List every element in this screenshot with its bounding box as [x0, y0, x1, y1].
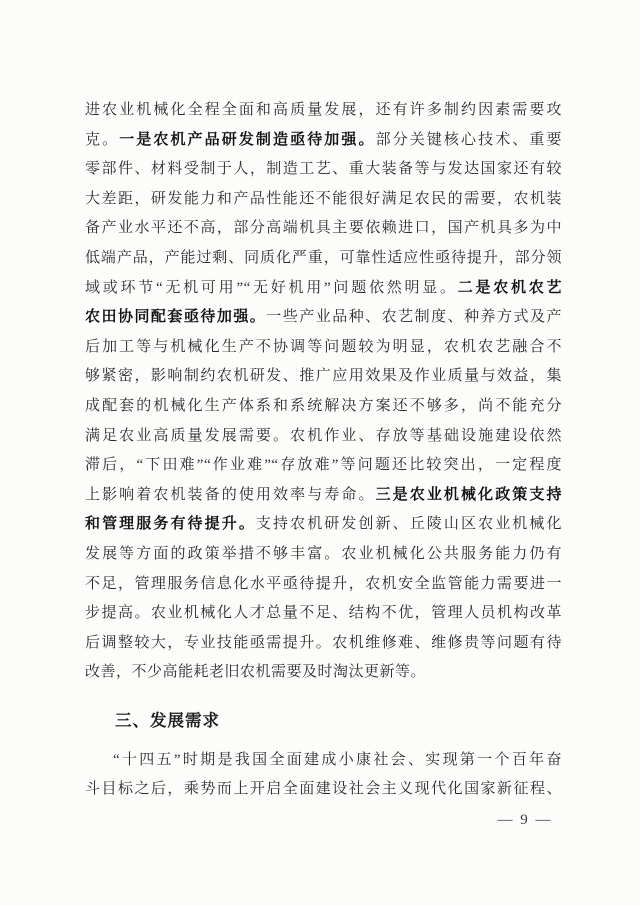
text-line: 不足，管理服务信息化水平亟待提升，农机安全监管能力需要进一	[85, 570, 562, 600]
text-segment: 满足农业高质量发展需要。农机作业、存放等基础设施建设依然	[85, 428, 562, 444]
text-segment: 域或环节“无机可用”“无好机用”问题依然明显。	[85, 280, 458, 296]
text-segment: 斗目标之后，乘势而上开启全面建设社会主义现代化国家新征程、	[85, 781, 562, 797]
section-heading: 三、发展需求	[115, 706, 562, 736]
text-segment: 大差距，研发能力和产品性能还不能很好满足农民的需要，农机装	[85, 191, 562, 207]
text-segment: 克。	[85, 132, 119, 148]
text-line: 低端产品，产能过剩、同质化严重，可靠性适应性亟待提升，部分领	[85, 244, 562, 274]
text-line: 大差距，研发能力和产品性能还不能很好满足农民的需要，农机装	[85, 185, 562, 215]
text-segment: 步提高。农业机械化人才总量不足、结构不优，管理人员机构改革	[85, 605, 562, 621]
bold-text-segment: 一是农机产品研发制造亟待加强。	[119, 132, 375, 148]
bold-text-segment: 农田协同配套亟待加强。	[85, 309, 266, 325]
text-segment: 上影响着农机装备的使用效率与寿命。	[85, 487, 376, 503]
text-line: 农田协同配套亟待加强。一些产业品种、农艺制度、种养方式及产	[85, 303, 562, 333]
text-line: 斗目标之后，乘势而上开启全面建设社会主义现代化国家新征程、	[85, 775, 562, 805]
text-segment: 改善，不少高能耗老旧农机需要及时淘汰更新等。	[85, 664, 426, 680]
bold-text-segment: 三是农业机械化政策支持	[376, 487, 562, 503]
body-text: 进农业机械化全程全面和高质量发展，还有许多制约因素需要攻克。一是农机产品研发制造…	[85, 96, 562, 805]
text-line: 上影响着农机装备的使用效率与寿命。三是农业机械化政策支持	[85, 481, 562, 511]
text-segment: 低端产品，产能过剩、同质化严重，可靠性适应性亟待提升，部分领	[85, 250, 562, 266]
text-line: 步提高。农业机械化人才总量不足、结构不优，管理人员机构改革	[85, 599, 562, 629]
text-segment: 一些产业品种、农艺制度、种养方式及产	[266, 309, 562, 325]
text-line: 发展等方面的政策举措不够丰富。农业机械化公共服务能力仍有	[85, 540, 562, 570]
text-line: 克。一是农机产品研发制造亟待加强。部分关键核心技术、重要	[85, 126, 562, 156]
text-line: 成配套的机械化生产体系和系统解决方案还不够多，尚不能充分	[85, 392, 562, 422]
text-line: 零部件、材料受制于人，制造工艺、重大装备等与发达国家还有较	[85, 155, 562, 185]
page-number: — 9 —	[490, 810, 560, 830]
text-line: 后调整较大，专业技能亟需提升。农机维修难、维修贵等问题有待	[85, 629, 562, 659]
text-line: 和管理服务有待提升。支持农机研发创新、丘陵山区农业机械化	[85, 510, 562, 540]
text-segment: 进农业机械化全程全面和高质量发展，还有许多制约因素需要攻	[85, 102, 562, 118]
text-line: 满足农业高质量发展需要。农机作业、存放等基础设施建设依然	[85, 422, 562, 452]
text-segment: 备产业水平还不高，部分高端机具主要依赖进口，国产机具多为中	[85, 220, 562, 236]
text-segment: 成配套的机械化生产体系和系统解决方案还不够多，尚不能充分	[85, 398, 562, 414]
bold-text-segment: 二是农机农艺	[458, 280, 562, 296]
paragraph-2: “十四五”时期是我国全面建成小康社会、实现第一个百年奋斗目标之后，乘势而上开启全…	[85, 746, 562, 805]
text-line: 滞后，“下田难”“作业难”“存放难”等问题还比较突出，一定程度	[85, 451, 562, 481]
text-segment: 后调整较大，专业技能亟需提升。农机维修难、维修贵等问题有待	[85, 635, 562, 651]
text-line: 进农业机械化全程全面和高质量发展，还有许多制约因素需要攻	[85, 96, 562, 126]
paragraph-1: 进农业机械化全程全面和高质量发展，还有许多制约因素需要攻克。一是农机产品研发制造…	[85, 96, 562, 688]
text-line: 备产业水平还不高，部分高端机具主要依赖进口，国产机具多为中	[85, 214, 562, 244]
text-line: “十四五”时期是我国全面建成小康社会、实现第一个百年奋	[85, 746, 562, 776]
text-segment: 不足，管理服务信息化水平亟待提升，农机安全监管能力需要进一	[85, 576, 562, 592]
text-segment: 部分关键核心技术、重要	[376, 132, 562, 148]
text-line: 够紧密，影响制约农机研发、推广应用效果及作业质量与效益，集	[85, 362, 562, 392]
text-segment: “十四五”时期是我国全面建成小康社会、实现第一个百年奋	[113, 752, 562, 768]
text-segment: 够紧密，影响制约农机研发、推广应用效果及作业质量与效益，集	[85, 368, 562, 384]
text-segment: 滞后，“下田难”“作业难”“存放难”等问题还比较突出，一定程度	[85, 457, 562, 473]
text-line: 改善，不少高能耗老旧农机需要及时淘汰更新等。	[85, 658, 562, 688]
text-segment: 支持农机研发创新、丘陵山区农业机械化	[256, 516, 562, 532]
text-line: 域或环节“无机可用”“无好机用”问题依然明显。二是农机农艺	[85, 274, 562, 304]
bold-text-segment: 和管理服务有待提升。	[85, 516, 256, 532]
document-page: 进农业机械化全程全面和高质量发展，还有许多制约因素需要攻克。一是农机产品研发制造…	[0, 0, 640, 905]
text-line: 后加工等与机械化生产不协调等问题较为明显，农机农艺融合不	[85, 333, 562, 363]
text-segment: 零部件、材料受制于人，制造工艺、重大装备等与发达国家还有较	[85, 161, 562, 177]
text-segment: 后加工等与机械化生产不协调等问题较为明显，农机农艺融合不	[85, 339, 562, 355]
text-segment: 发展等方面的政策举措不够丰富。农业机械化公共服务能力仍有	[85, 546, 562, 562]
